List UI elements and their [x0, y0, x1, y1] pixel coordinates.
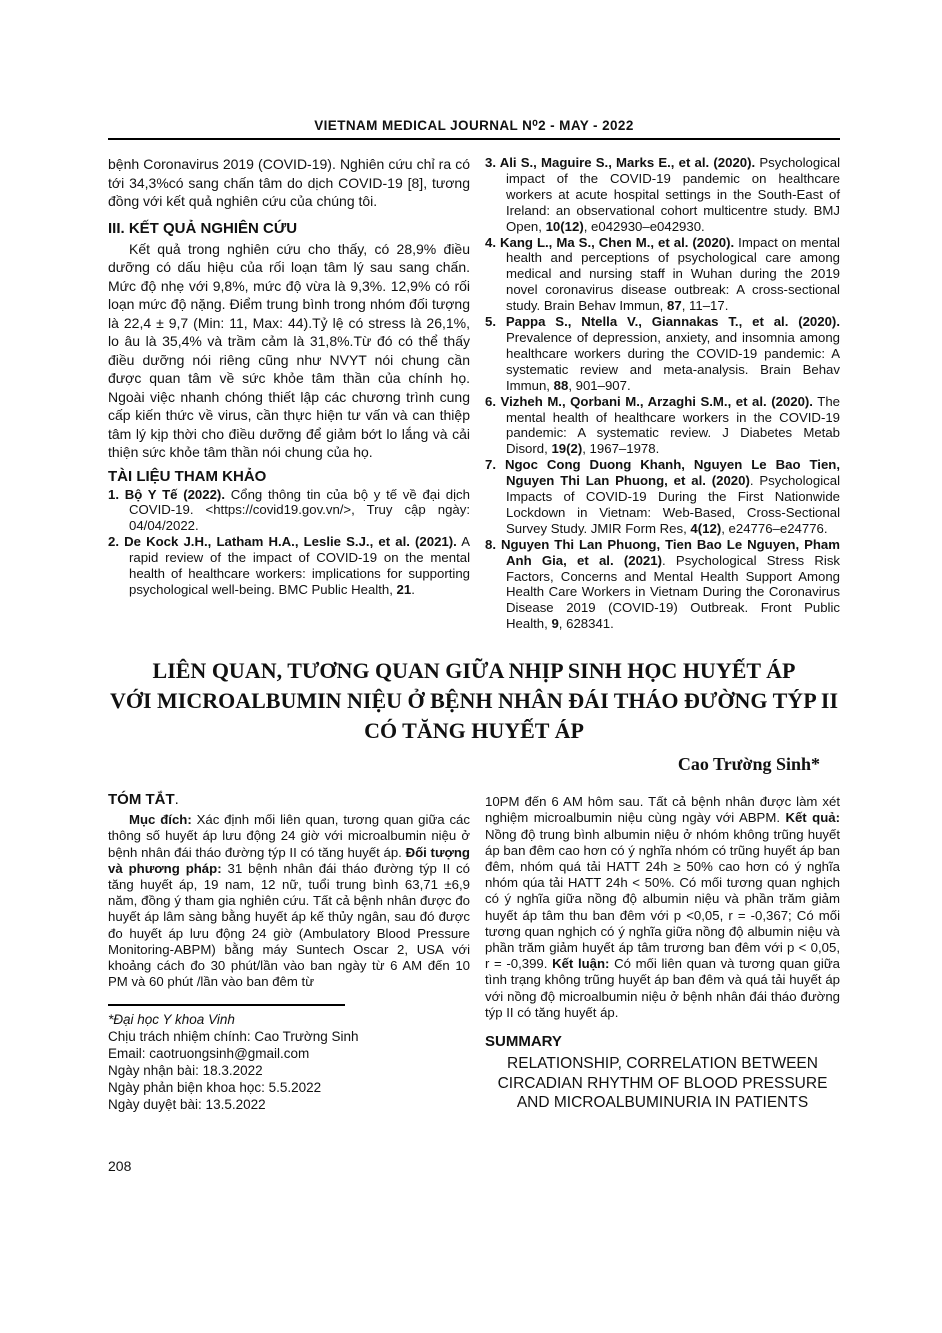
abstract-heading: TÓM TẮT [108, 791, 175, 808]
footnote-line: Ngày phản biện khoa học: 5.5.2022 [108, 1079, 470, 1096]
reference-item: 5. Pappa S., Ntella V., Giannakas T., et… [485, 314, 840, 394]
reference-item: 2. De Kock J.H., Latham H.A., Leslie S.J… [108, 534, 470, 598]
top-section: bệnh Coronavirus 2019 (COVID-19). Nghiên… [108, 155, 840, 632]
results-heading: III. KẾT QUẢ NGHIÊN CỨU [108, 220, 470, 237]
footnote-affiliation: *Đại học Y khoa Vinh [108, 1011, 470, 1028]
references-heading: TÀI LIỆU THAM KHẢO [108, 468, 470, 485]
reference-item: 4. Kang L., Ma S., Chen M., et al. (2020… [485, 235, 840, 315]
reference-item: 3. Ali S., Maguire S., Marks E., et al. … [485, 155, 840, 235]
summary-title: RELATIONSHIP, CORRELATION BETWEENCIRCADI… [485, 1054, 840, 1113]
footnote-lines: Chịu trách nhiệm chính: Cao Trường SinhE… [108, 1028, 470, 1113]
article-title: LIÊN QUAN, TƯƠNG QUAN GIỮA NHỊP SINH HỌC… [108, 656, 840, 746]
tail-paragraph: bệnh Coronavirus 2019 (COVID-19). Nghiên… [108, 155, 470, 211]
footnote-line: Email: caotruongsinh@gmail.com [108, 1045, 470, 1062]
journal-header: VIETNAM MEDICAL JOURNAL N⁰2 - MAY - 2022 [108, 118, 840, 140]
reference-list-right: 3. Ali S., Maguire S., Marks E., et al. … [485, 155, 840, 632]
bottom-left-column: TÓM TẮT. Mục đích: Xác định mối liên qua… [108, 791, 470, 1113]
abstract-paragraph-left: Mục đích: Xác định mối liên quan, tương … [108, 812, 470, 990]
footnote-line: Ngày nhận bài: 18.3.2022 [108, 1062, 470, 1079]
footnote-line: Chịu trách nhiệm chính: Cao Trường Sinh [108, 1028, 470, 1045]
article-title-line: LIÊN QUAN, TƯƠNG QUAN GIỮA NHỊP SINH HỌC… [108, 656, 840, 686]
bottom-section: TÓM TẮT. Mục đích: Xác định mối liên qua… [108, 791, 840, 1113]
top-right-column: 3. Ali S., Maguire S., Marks E., et al. … [485, 155, 840, 632]
journal-page: VIETNAM MEDICAL JOURNAL N⁰2 - MAY - 2022… [0, 0, 942, 1333]
summary-title-line: AND MICROALBUMINURIA IN PATIENTS [485, 1093, 840, 1113]
reference-item: 1. Bộ Y Tế (2022). Cổng thông tin của bộ… [108, 487, 470, 535]
page-number: 208 [108, 1158, 131, 1174]
reference-list-left: 1. Bộ Y Tế (2022). Cổng thông tin của bộ… [108, 487, 470, 598]
abstract-heading-row: TÓM TẮT. [108, 791, 470, 809]
summary-title-line: RELATIONSHIP, CORRELATION BETWEEN [485, 1054, 840, 1074]
footnote-rule [108, 1004, 345, 1006]
bottom-right-column: 10PM đến 6 AM hôm sau. Tất cả bệnh nhân … [485, 791, 840, 1113]
abstract-paragraph-right: 10PM đến 6 AM hôm sau. Tất cả bệnh nhân … [485, 794, 840, 1021]
summary-title-line: CIRCADIAN RHYTHM OF BLOOD PRESSURE [485, 1074, 840, 1094]
abstract-heading-period: . [175, 791, 179, 808]
footnote-block: *Đại học Y khoa Vinh Chịu trách nhiệm ch… [108, 1004, 470, 1113]
reference-item: 8. Nguyen Thi Lan Phuong, Tien Bao Le Ng… [485, 537, 840, 632]
results-paragraph: Kết quả trong nghiên cứu cho thấy, có 28… [108, 240, 470, 462]
summary-heading: SUMMARY [485, 1033, 840, 1050]
footnote-line: Ngày duyệt bài: 13.5.2022 [108, 1096, 470, 1113]
reference-item: 6. Vizheh M., Qorbani M., Arzaghi S.M., … [485, 394, 840, 458]
reference-item: 7. Ngoc Cong Duong Khanh, Nguyen Le Bao … [485, 457, 840, 537]
article-author: Cao Trường Sinh* [108, 754, 840, 775]
article-title-line: VỚI MICROALBUMIN NIỆU Ở BỆNH NHÂN ĐÁI TH… [108, 686, 840, 716]
article-title-line: CÓ TĂNG HUYẾT ÁP [108, 716, 840, 746]
top-left-column: bệnh Coronavirus 2019 (COVID-19). Nghiên… [108, 155, 470, 632]
